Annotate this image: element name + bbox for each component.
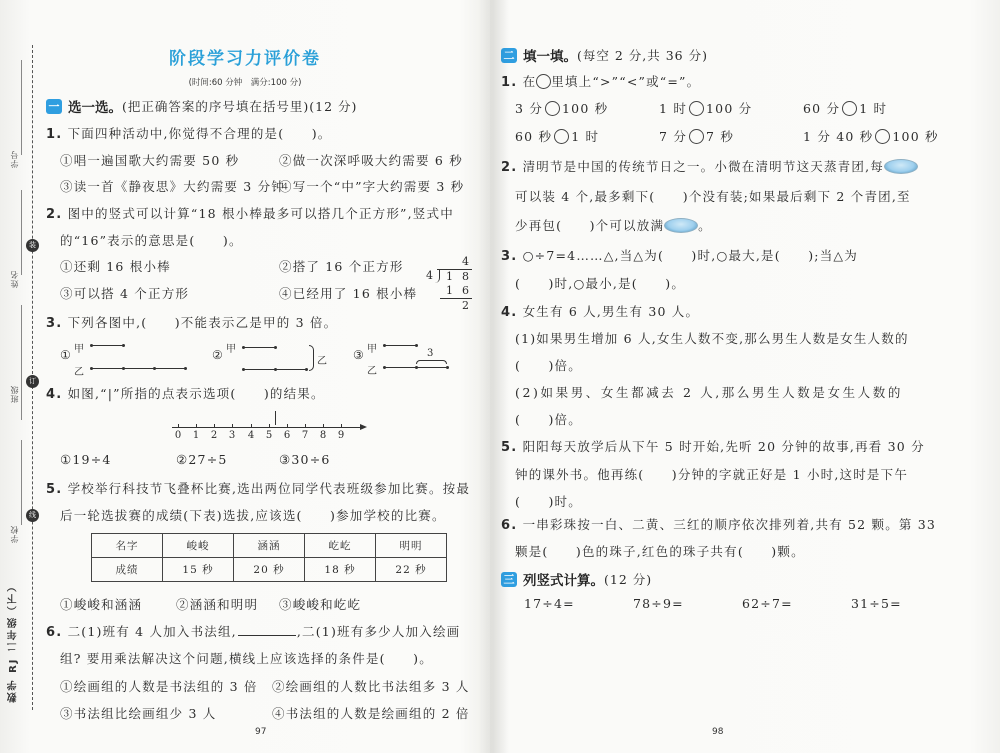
point — [153, 367, 156, 370]
left-page: 学号 姓名 班级 学校 装 订 线 数学 RJ 二年级（下） 阶段学习力评价卷 … — [0, 0, 490, 753]
table-cell: 15 秒 — [163, 558, 234, 582]
question-4: 4. 如图,“|”所指的点表示选项( )的结果。 — [46, 384, 325, 402]
diagram-label: ③ — [353, 348, 364, 362]
table-row: 成绩 15 秒 20 秒 18 秒 22 秒 — [92, 558, 447, 582]
question-text: ( )倍。 — [515, 356, 582, 374]
section-2-heading: 二 填一填。 (每空 2 分,共 36 分) — [501, 45, 708, 65]
compare-circle-input[interactable] — [545, 101, 560, 116]
table-cell: 18 秒 — [305, 558, 376, 582]
steamer-tray-icon — [664, 218, 698, 233]
question-text: 少再包( )个可以放满。 — [515, 216, 712, 234]
point — [305, 368, 308, 371]
section-title: 列竖式计算。 — [523, 569, 604, 589]
tick — [214, 424, 215, 428]
tick — [196, 424, 197, 428]
exam-info: (时间:60 分钟 满分:100 分) — [0, 76, 490, 88]
question-text: 下面四种活动中,你觉得不合理的是( )。 — [68, 126, 332, 141]
question-number: 2. — [46, 207, 62, 222]
table-cell: 成绩 — [92, 558, 163, 582]
point — [274, 368, 277, 371]
section-3-heading: 三 列竖式计算。 (12 分) — [501, 569, 652, 589]
tick-label: 9 — [336, 430, 346, 441]
yi-label: 乙 — [317, 352, 327, 367]
question-number: 3. — [46, 316, 62, 331]
question-text: 一串彩珠按一白、二黄、三红的顺序依次排列着,共有 52 颗。第 33 — [523, 517, 937, 532]
point — [274, 346, 277, 349]
section-note: (每空 2 分,共 36 分) — [577, 46, 708, 64]
table-cell: 22 秒 — [376, 558, 447, 582]
question-text: 钟的课外书。他再练( )分钟的字就正好是 1 小时,这时是下午 — [515, 465, 908, 483]
question-6: 6. 二(1)班有 4 人加入书法组,,二(1)班有多少人加入绘画 — [46, 622, 460, 640]
compare-left: 60 分 — [803, 101, 840, 116]
compare-left: 1 时 — [659, 101, 687, 116]
question-text: 颗是( )色的珠子,红色的珠子共有( )颗。 — [515, 542, 805, 560]
question-text: ( )时,○最小,是( )。 — [515, 274, 685, 292]
compare-circle-input[interactable] — [689, 129, 704, 144]
question-number: 4. — [46, 387, 62, 402]
divisor: 4 — [426, 269, 433, 282]
question-2: 2. 图中的竖式可以计算“18 根小棒最多可以搭几个正方形”,竖式中 — [46, 204, 454, 222]
section-note: (12 分) — [604, 570, 652, 588]
option: ②涵涵和明明 — [176, 595, 258, 613]
question-text: ( )倍。 — [515, 410, 582, 428]
table-header: 涵涵 — [234, 534, 305, 558]
compare-item: 7 分7 秒 — [659, 127, 734, 145]
question-text: 在 — [523, 74, 537, 89]
tick-label: 7 — [300, 430, 310, 441]
question-number: 6. — [46, 625, 62, 640]
compare-circle-input[interactable] — [875, 129, 890, 144]
tick-label: 2 — [209, 430, 219, 441]
yi-label: 乙 — [367, 362, 377, 377]
question-text: 阳阳每天放学后从下午 5 时开始,先听 20 分钟的故事,再看 30 分 — [523, 439, 925, 454]
segment-yi — [91, 368, 185, 369]
page-title: 阶段学习力评价卷 — [0, 44, 490, 69]
question-1: 1. 在里填上“>”“<”或“=”。 — [501, 72, 700, 90]
diagram-label: ② — [212, 348, 223, 362]
dividend-digit: 1 — [446, 270, 453, 283]
question-text: 的“16”表示的意思是( )。 — [60, 231, 243, 249]
question-2: 2. 清明节是中国的传统节日之一。小微在清明节这天蒸青团,每 — [501, 157, 918, 175]
compare-item: 1 时100 分 — [659, 99, 752, 117]
calc-item: 78÷9= — [633, 596, 684, 611]
option: ③30÷6 — [279, 452, 331, 467]
question-text: 可以装 4 个,最多剩下( )个没有装;如果最后剩下 2 个青团,至 — [515, 187, 911, 205]
student-id-label: 学号 — [9, 150, 23, 168]
product-digit: 1 — [446, 284, 453, 297]
binding-margin: 学号 姓名 班级 学校 装 订 线 数学 RJ 二年级（下） — [0, 0, 40, 753]
tick-label: 8 — [318, 430, 328, 441]
segment-jia — [384, 345, 416, 346]
point — [446, 366, 449, 369]
option: ②27÷5 — [176, 452, 228, 467]
compare-right: 7 秒 — [706, 129, 734, 144]
axis-line — [172, 427, 362, 428]
tick — [269, 424, 270, 428]
point — [184, 367, 187, 370]
compare-left: 7 分 — [659, 129, 687, 144]
question-text: 清明节是中国的传统节日之一。小微在清明节这天蒸青团,每 — [523, 159, 884, 174]
question-text: 后一轮选拔赛的成绩(下表)选拔,应该选( )参加学校的比赛。 — [60, 506, 446, 524]
diagram-label: ① — [60, 348, 71, 362]
field-line — [21, 60, 22, 155]
question-text: 如图,“|”所指的点表示选项( )的结果。 — [68, 386, 325, 401]
point — [122, 344, 125, 347]
tick — [287, 424, 288, 428]
question-text: 女生有 6 人,男生有 30 人。 — [523, 304, 700, 319]
question-text: ( )时。 — [515, 492, 582, 510]
option: ③读一首《静夜思》大约需要 3 分钟 — [60, 177, 285, 195]
segment-jia — [91, 345, 123, 346]
tick — [305, 424, 306, 428]
table-row: 名字 峻峻 涵涵 屹屹 明明 — [92, 534, 447, 558]
option: ①峻峻和涵涵 — [60, 595, 142, 613]
compare-item: 3 分100 秒 — [515, 99, 608, 117]
binding-badge: 线 — [26, 509, 39, 522]
tick-label: 1 — [191, 430, 201, 441]
table-header: 屹屹 — [305, 534, 376, 558]
option: ③书法组比绘画组少 3 人 — [60, 704, 217, 722]
tick — [341, 424, 342, 428]
division-bracket — [435, 269, 440, 283]
compare-right: 100 秒 — [892, 129, 938, 144]
question-text: 学校举行科技节飞叠杯比赛,选出两位同学代表班级参加比赛。按最 — [68, 481, 470, 496]
brace — [416, 360, 447, 364]
compare-item: 60 秒1 时 — [515, 127, 599, 145]
option: ③峻峻和屹屹 — [279, 595, 361, 613]
point — [415, 344, 418, 347]
brace-label: 3 — [427, 348, 433, 359]
question-3: 3. 下列各图中,( )不能表示乙是甲的 3 倍。 — [46, 313, 337, 331]
quotient: 4 — [462, 255, 469, 268]
segment-diagram-1: ① 甲 乙 — [60, 340, 190, 375]
tick — [232, 424, 233, 428]
point — [242, 368, 245, 371]
segment-jia — [243, 347, 275, 348]
point — [90, 344, 93, 347]
dividend-digit: 8 — [462, 270, 469, 283]
compare-left: 1 分 40 秒 — [803, 129, 873, 144]
option: ③可以搭 4 个正方形 — [60, 284, 189, 302]
question-5: 5. 学校举行科技节飞叠杯比赛,选出两位同学代表班级参加比赛。按最 — [46, 479, 470, 497]
section-badge: 一 — [46, 99, 62, 114]
question-4: 4. 女生有 6 人,男生有 30 人。 — [501, 302, 699, 320]
remainder: 2 — [462, 299, 469, 312]
pointer-mark — [275, 411, 276, 425]
jia-label: 甲 — [226, 340, 236, 355]
section-title: 填一填。 — [523, 45, 577, 65]
point — [122, 367, 125, 370]
point — [415, 366, 418, 369]
question-6: 6. 一串彩珠按一白、二黄、三红的顺序依次排列着,共有 52 颗。第 33 — [501, 515, 936, 533]
option: ①19÷4 — [60, 452, 112, 467]
steamer-tray-icon — [884, 159, 918, 174]
book-label: 数学 RJ 二年级（下） — [6, 580, 24, 702]
compare-item: 1 分 40 秒100 秒 — [803, 127, 939, 145]
calc-item: 31÷5= — [851, 596, 902, 611]
compare-right: 100 秒 — [562, 101, 608, 116]
yi-label: 乙 — [74, 363, 84, 378]
brace — [309, 345, 314, 371]
calc-item: 17÷4= — [524, 596, 575, 611]
jia-label: 甲 — [367, 340, 377, 355]
segment-diagram-3: ③ 甲 乙 3 — [353, 340, 453, 375]
compare-left: 3 分 — [515, 101, 543, 116]
section-note: (把正确答案的序号填在括号里)(12 分) — [122, 97, 357, 115]
long-division-figure: 4 4 1 8 1 6 2 — [424, 255, 472, 315]
question-text: (1)如果男生增加 6 人,女生人数不变,那么男生人数是女生人数的 — [515, 329, 909, 347]
score-table: 名字 峻峻 涵涵 屹屹 明明 成绩 15 秒 20 秒 18 秒 22 秒 — [91, 533, 447, 582]
question-text: (2)如果男、女生都减去 2 人,那么男生人数是女生人数的 — [515, 383, 903, 401]
question-3: 3. ○÷7=4……△,当△为( )时,○最大,是( );当△为 — [501, 246, 858, 264]
tick — [178, 424, 179, 428]
section-1-heading: 一 选一选。 (把正确答案的序号填在括号里)(12 分) — [46, 96, 357, 116]
option: ④书法组的人数是绘画组的 2 倍 — [272, 704, 470, 722]
workbook-spread: 学号 姓名 班级 学校 装 订 线 数学 RJ 二年级（下） 阶段学习力评价卷 … — [0, 0, 1000, 753]
segment-diagram-2: ② 甲 乙 — [212, 340, 332, 375]
tick-label: 5 — [264, 430, 274, 441]
book-gutter — [478, 0, 508, 753]
question-text: ,二(1)班有多少人加入绘画 — [297, 624, 460, 639]
tick-label: 3 — [227, 430, 237, 441]
section-title: 选一选。 — [68, 96, 122, 116]
option: ①还剩 16 根小棒 — [60, 257, 171, 275]
tick-label: 4 — [246, 430, 256, 441]
fill-blank-line[interactable] — [238, 624, 296, 636]
question-text: 。 — [698, 218, 712, 233]
option: ②绘画组的人数比书法组多 3 人 — [272, 677, 470, 695]
field-line — [21, 440, 22, 525]
question-text: ○÷7=4……△,当△为( )时,○最大,是( );当△为 — [523, 248, 858, 263]
option: ④写一个“中”字大约需要 3 秒 — [279, 177, 464, 195]
option: ②搭了 16 个正方形 — [279, 257, 404, 275]
question-text: 里填上“>”“<”或“=”。 — [551, 74, 700, 89]
option: ①绘画组的人数是书法组的 3 倍 — [60, 677, 258, 695]
table-header: 名字 — [92, 534, 163, 558]
compare-circle-input[interactable] — [842, 101, 857, 116]
question-1: 1. 下面四种活动中,你觉得不合理的是( )。 — [46, 124, 332, 142]
question-text: 图中的竖式可以计算“18 根小棒最多可以搭几个正方形”,竖式中 — [68, 206, 454, 221]
question-text: 二(1)班有 4 人加入书法组, — [68, 624, 237, 639]
table-header: 明明 — [376, 534, 447, 558]
calc-item: 62÷7= — [742, 596, 793, 611]
compare-circle-input[interactable] — [554, 129, 569, 144]
class-label: 班级 — [9, 385, 23, 403]
option: ①唱一遍国歌大约需要 50 秒 — [60, 151, 239, 169]
tick — [251, 424, 252, 428]
question-5: 5. 阳阳每天放学后从下午 5 时开始,先听 20 分钟的故事,再看 30 分 — [501, 437, 925, 455]
question-number: 5. — [46, 482, 62, 497]
circle-icon — [536, 74, 551, 89]
number-line: 0 1 2 3 4 5 6 7 8 9 — [172, 405, 372, 445]
point — [383, 344, 386, 347]
tick-label: 6 — [282, 430, 292, 441]
compare-right: 1 时 — [571, 129, 599, 144]
page-number: 97 — [255, 727, 266, 737]
point — [242, 346, 245, 349]
option: ④已经用了 16 根小棒 — [279, 284, 417, 302]
binding-badge: 装 — [26, 239, 39, 252]
point — [383, 366, 386, 369]
name-label: 姓名 — [9, 270, 23, 288]
compare-right: 1 时 — [859, 101, 887, 116]
school-label: 学校 — [9, 525, 23, 543]
point — [90, 367, 93, 370]
table-cell: 20 秒 — [234, 558, 305, 582]
jia-label: 甲 — [74, 340, 84, 355]
compare-circle-input[interactable] — [689, 101, 704, 116]
compare-right: 100 分 — [706, 101, 752, 116]
field-line — [21, 190, 22, 275]
question-text: 下列各图中,( )不能表示乙是甲的 3 倍。 — [68, 315, 338, 330]
arrow-icon — [360, 424, 367, 430]
binding-badge: 订 — [26, 375, 39, 388]
product-digit: 6 — [462, 284, 469, 297]
question-text: 组? 要用乘法解决这个问题,横线上应该选择的条件是( )。 — [60, 649, 433, 667]
page-number: 98 — [712, 727, 723, 737]
table-header: 峻峻 — [163, 534, 234, 558]
compare-left: 60 秒 — [515, 129, 552, 144]
question-text: 少再包( )个可以放满 — [515, 218, 664, 233]
tick-label: 0 — [173, 430, 183, 441]
option: ②做一次深呼吸大约需要 6 秒 — [279, 151, 463, 169]
right-page: 二 填一填。 (每空 2 分,共 36 分) 1. 在里填上“>”“<”或“=”… — [490, 0, 1000, 753]
tick — [323, 424, 324, 428]
compare-item: 60 分1 时 — [803, 99, 887, 117]
question-number: 1. — [46, 127, 62, 142]
